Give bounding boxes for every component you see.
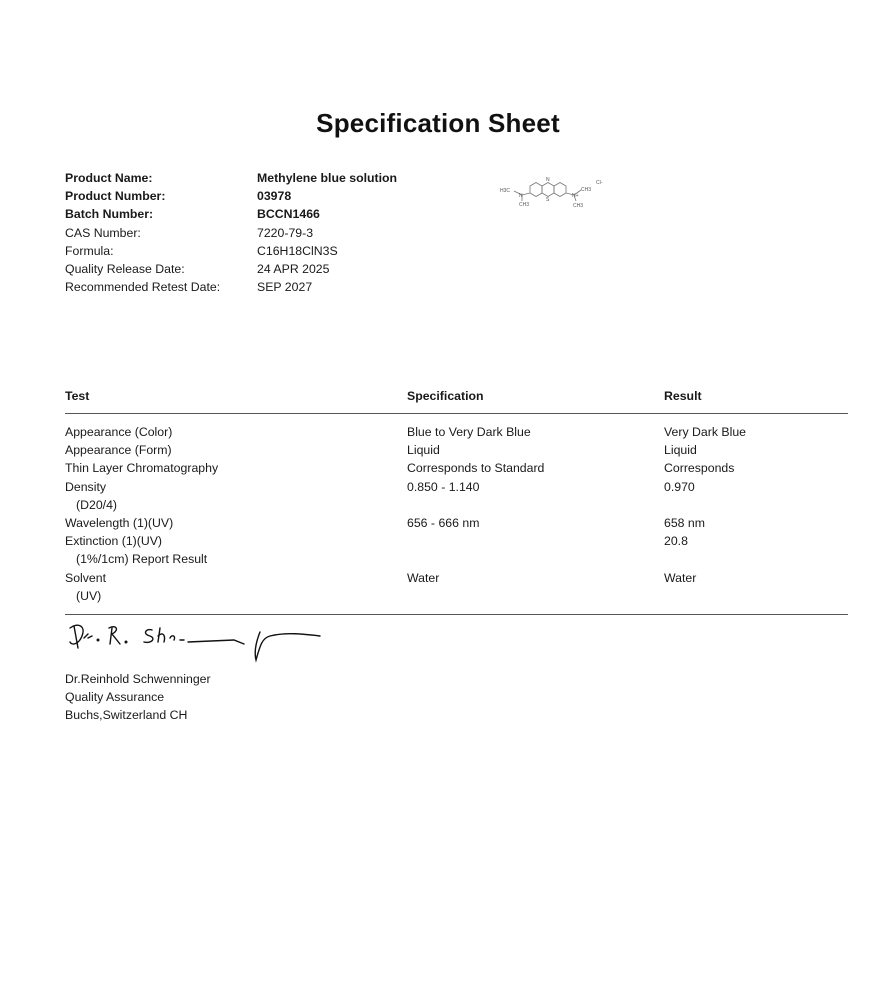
table-row: Wavelength (1)(UV)656 - 666 nm658 nm [65,516,848,534]
cell-test: Density [65,480,106,494]
table-row: Appearance (Color)Blue to Very Dark Blue… [65,425,848,443]
cell-test: Appearance (Form) [65,443,172,457]
header-result: Result [664,389,702,403]
table-row: Appearance (Form)LiquidLiquid [65,443,848,461]
svg-text:N: N [519,193,523,199]
svg-text:H3C: H3C [500,188,510,194]
cell-test: (D20/4) [65,498,117,512]
svg-text:N: N [546,177,550,183]
cell-result: 0.970 [664,480,695,494]
table-bottom-divider [65,614,848,615]
signatory-name: Dr.Reinhold Schwenninger [65,672,211,690]
info-label: CAS Number: [65,226,257,244]
signatory-location: Buchs,Switzerland CH [65,708,211,726]
cell-test: Solvent [65,571,106,585]
info-label: Recommended Retest Date: [65,280,257,298]
cell-specification: 656 - 666 nm [407,516,479,530]
info-value: BCCN1466 [257,207,320,225]
cell-specification: Blue to Very Dark Blue [407,425,531,439]
table-row: Thin Layer ChromatographyCorresponds to … [65,461,848,479]
info-label: Quality Release Date: [65,262,257,280]
info-value: 7220-79-3 [257,226,313,244]
cell-result: Water [664,571,696,585]
info-value: 03978 [257,189,291,207]
info-label: Product Number: [65,189,257,207]
table-row: Extinction (1)(UV)20.8 [65,534,848,552]
info-row: Quality Release Date:24 APR 2025 [65,262,397,280]
cell-specification: Water [407,571,439,585]
table-row: (1%/1cm) Report Result [65,552,848,570]
svg-text:CH3: CH3 [573,203,583,209]
svg-text:CH3: CH3 [581,187,591,193]
table-row: SolventWaterWater [65,571,848,589]
table-row: (UV) [65,589,848,607]
cell-test: (1%/1cm) Report Result [65,552,207,566]
table-row: (D20/4) [65,498,848,516]
header-specification: Specification [407,389,484,403]
svg-text:S: S [546,197,550,203]
cell-result: 20.8 [664,534,688,548]
cell-test: (UV) [65,589,101,603]
svg-text:N+: N+ [572,193,579,199]
info-value: C16H18ClN3S [257,244,338,262]
cell-specification: 0.850 - 1.140 [407,480,479,494]
info-row: Product Number:03978 [65,189,397,207]
signatory-department: Quality Assurance [65,690,211,708]
cell-test: Extinction (1)(UV) [65,534,162,548]
cell-result: 658 nm [664,516,705,530]
table-row: Density0.850 - 1.1400.970 [65,480,848,498]
info-row: Recommended Retest Date:SEP 2027 [65,280,397,298]
info-label: Product Name: [65,171,257,189]
cell-result: Very Dark Blue [664,425,746,439]
cell-result: Liquid [664,443,697,457]
results-table: Appearance (Color)Blue to Very Dark Blue… [65,425,848,607]
info-label: Formula: [65,244,257,262]
svg-text:CH3: CH3 [519,202,529,208]
header-test: Test [65,389,89,403]
info-value: Methylene blue solution [257,171,397,189]
signatory-block: Dr.Reinhold Schwenninger Quality Assuran… [65,672,211,727]
cell-specification: Liquid [407,443,440,457]
cell-test: Wavelength (1)(UV) [65,516,173,530]
chemical-structure-image: H3C N CH3 N S N+ CH3 CH3 Cl- [497,170,612,212]
info-row: Batch Number:BCCN1466 [65,207,397,225]
cell-test: Thin Layer Chromatography [65,461,218,475]
page-title: Specification Sheet [0,108,876,139]
info-label: Batch Number: [65,207,257,225]
product-info: Product Name:Methylene blue solutionProd… [65,171,397,298]
cell-specification: Corresponds to Standard [407,461,544,475]
cell-result: Corresponds [664,461,734,475]
signature-image [64,616,324,668]
info-row: Product Name:Methylene blue solution [65,171,397,189]
svg-text:Cl-: Cl- [596,180,603,186]
info-value: 24 APR 2025 [257,262,329,280]
cell-test: Appearance (Color) [65,425,172,439]
info-row: CAS Number:7220-79-3 [65,226,397,244]
info-row: Formula:C16H18ClN3S [65,244,397,262]
header-divider [65,413,848,414]
info-value: SEP 2027 [257,280,312,298]
table-header: Test Specification Result [65,389,848,405]
